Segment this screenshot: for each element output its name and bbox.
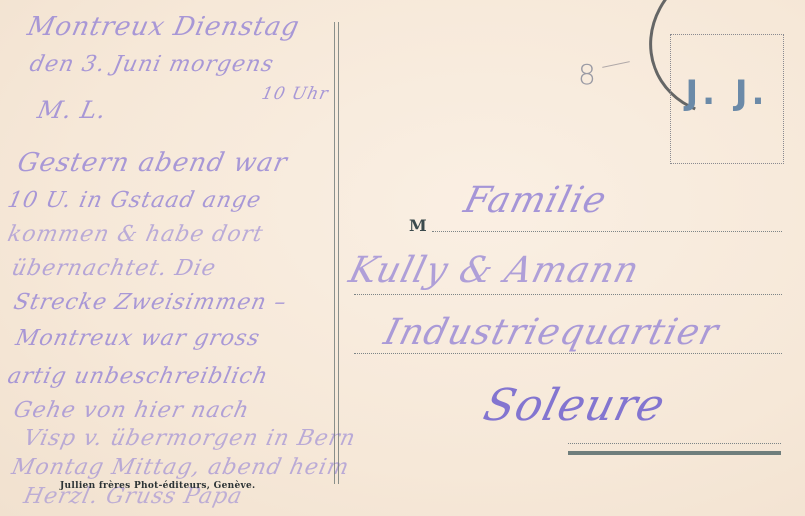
address-line-4-rule [568, 443, 781, 444]
address-line: Soleure [479, 380, 671, 431]
message-line: kommen & habe dort [5, 222, 265, 247]
pencil-dash [602, 61, 630, 68]
address-underline-bar [568, 451, 781, 455]
postcard-back: Montreux Dienstag den 3. Juni morgens 10… [0, 0, 805, 516]
message-line: übernachtet. Die [9, 256, 218, 281]
message-line: Montreux war gross [13, 326, 262, 351]
message-line: Montreux Dienstag [25, 12, 303, 42]
message-line: 10 U. in Gstaad ange [5, 188, 263, 213]
pencil-note: 8 [578, 58, 596, 91]
address-prefix: M [409, 216, 427, 235]
stamp-placeholder-box: J. J. [670, 34, 784, 164]
message-line: 10 Uhr [260, 84, 331, 104]
message-line: Visp v. übermorgen in Bern [21, 426, 358, 451]
publisher-imprint: Jullien frères Phot-éditeurs, Genève. [60, 481, 256, 491]
center-divider [334, 22, 339, 484]
address-line-1-rule [432, 231, 782, 232]
address-line-3-rule [354, 353, 782, 354]
message-line: Gestern abend war [15, 148, 291, 178]
message-line: artig unbeschreiblich [5, 364, 270, 389]
message-line: den 3. Juni morgens [27, 52, 276, 77]
address-line-2-rule [354, 294, 782, 295]
message-line: Gehe von hier nach [11, 398, 251, 423]
address-line: Industriequartier [380, 312, 723, 353]
message-line: Strecke Zweisimmen – [11, 290, 289, 315]
address-line: Kully & Amann [345, 250, 644, 291]
message-line: M. L. [35, 96, 109, 124]
address-line: Familie [460, 180, 611, 221]
message-line: Montag Mittag, abend heim [9, 455, 351, 480]
stamp-placeholder-text: J. J. [671, 73, 783, 113]
